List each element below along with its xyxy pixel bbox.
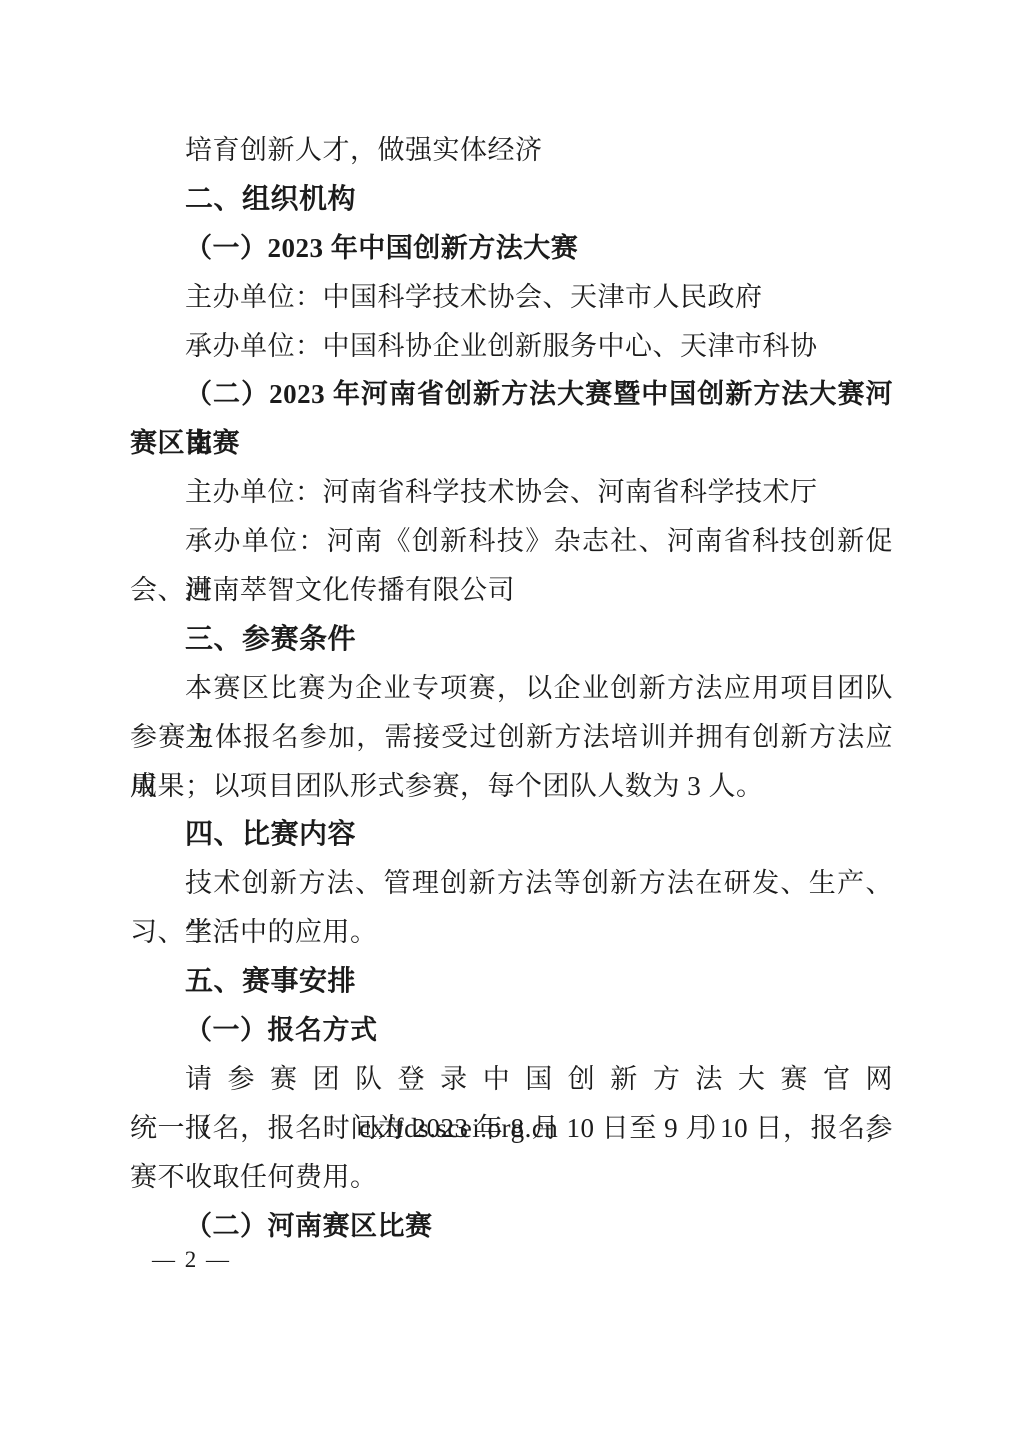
section-heading: 三、参赛条件 (130, 615, 893, 664)
section-heading: 二、组织机构 (130, 175, 893, 224)
text-line: 技术创新方法、管理创新方法等创新方法在研发、生产、学 (130, 859, 893, 908)
subsection-heading: （一）2023 年中国创新方法大赛 (130, 224, 893, 273)
text-line: 请参赛团队登录中国创新方法大赛官网（cxffds.scei.org.cn）， (130, 1055, 893, 1104)
text-line: 承办单位：河南《创新科技》杂志社、河南省科技创新促进 (130, 517, 893, 566)
document-page: 培育创新人才，做强实体经济二、组织机构（一）2023 年中国创新方法大赛主办单位… (0, 0, 1024, 1448)
text-line: 习、生活中的应用。 (130, 908, 893, 957)
document-body: 培育创新人才，做强实体经济二、组织机构（一）2023 年中国创新方法大赛主办单位… (130, 126, 893, 1250)
text-line: 培育创新人才，做强实体经济 (130, 126, 893, 175)
text-line: 本赛区比赛为企业专项赛，以企业创新方法应用项目团队为 (130, 664, 893, 713)
subsection-heading: （二）河南赛区比赛 (130, 1202, 893, 1251)
text-line: 会、河南萃智文化传播有限公司 (130, 566, 893, 615)
section-heading: 四、比赛内容 (130, 810, 893, 859)
section-heading: 五、赛事安排 (130, 957, 893, 1006)
page-footer: — 2 — (152, 1240, 231, 1280)
subsection-heading: 赛区比赛 (130, 419, 893, 468)
subsection-heading: （一）报名方式 (130, 1006, 893, 1055)
text-line: 参赛主体报名参加，需接受过创新方法培训并拥有创新方法应用 (130, 713, 893, 762)
subsection-heading: （二）2023 年河南省创新方法大赛暨中国创新方法大赛河南 (130, 370, 893, 419)
text-line: 主办单位：河南省科学技术协会、河南省科学技术厅 (130, 468, 893, 517)
text-line: 承办单位：中国科协企业创新服务中心、天津市科协 (130, 322, 893, 371)
text-line: 成果；以项目团队形式参赛，每个团队人数为 3 人。 (130, 762, 893, 811)
text-line: 赛不收取任何费用。 (130, 1153, 893, 1202)
text-line: 主办单位：中国科学技术协会、天津市人民政府 (130, 273, 893, 322)
page-number: — 2 — (152, 1247, 231, 1272)
text-line: 统一报名，报名时间为 2023 年 8 月 10 日至 9 月 10 日，报名参 (130, 1104, 893, 1153)
